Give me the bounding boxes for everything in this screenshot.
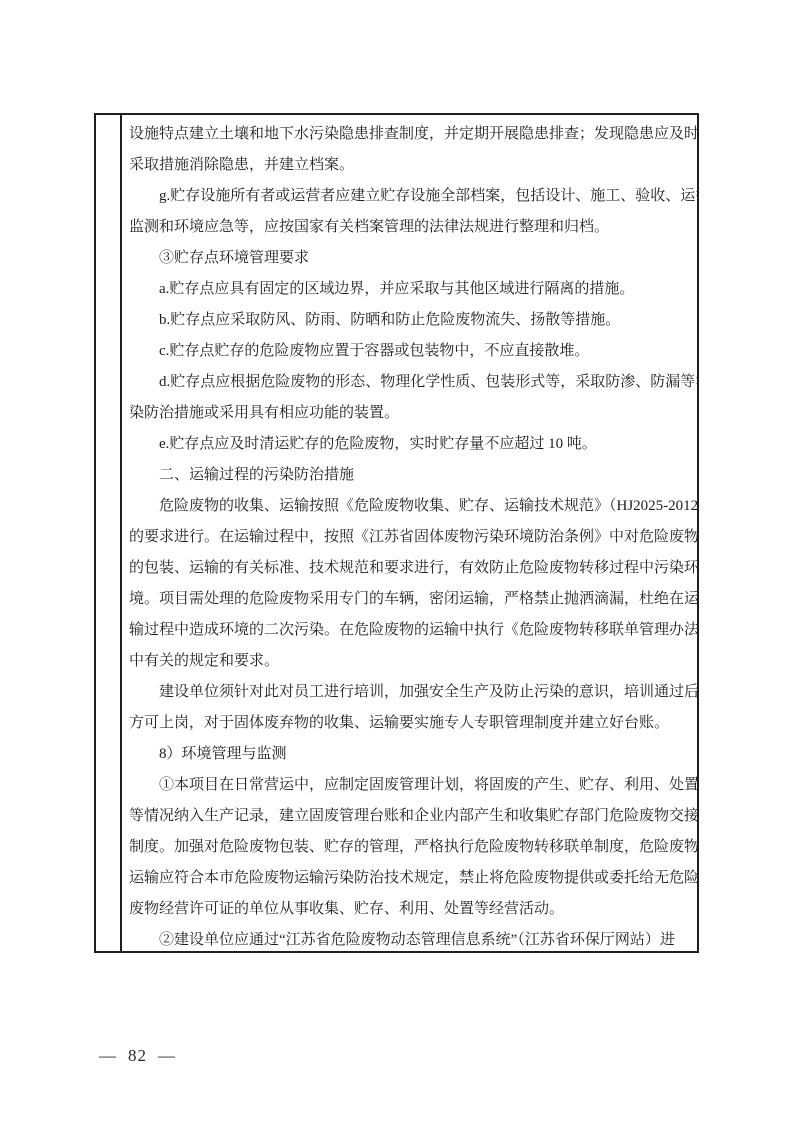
content-table: 设施特点建立土壤和地下水污染隐患排查制度，并定期开展隐患排查；发现隐患应及时采取… — [94, 113, 699, 953]
text-line: 废物经营许可证的单位从事收集、贮存、利用、处置等经营活动。 — [129, 894, 692, 925]
text-line: 8）环境管理与监测 — [129, 739, 692, 770]
text-line: 染防治措施或采用具有相应功能的装置。 — [129, 398, 692, 429]
text-line: 输过程中造成环境的二次污染。在危险废物的运输中执行《危险废物转移联单管理办法》 — [129, 615, 692, 646]
page-footer: — 82 — — [99, 1046, 176, 1066]
text-line: ③贮存点环境管理要求 — [129, 243, 692, 274]
text-line: e.贮存点应及时清运贮存的危险废物，实时贮存量不应超过 10 吨。 — [129, 429, 692, 460]
text-line: 建设单位须针对此对员工进行培训，加强安全生产及防止污染的意识，培训通过后 — [129, 677, 692, 708]
text-line: d.贮存点应根据危险废物的形态、物理化学性质、包装形式等，采取防渗、防漏等污 — [129, 367, 692, 398]
text-line: 的包装、运输的有关标准、技术规范和要求进行，有效防止危险废物转移过程中污染环 — [129, 553, 692, 584]
text-line: 二、运输过程的污染防治措施 — [129, 460, 692, 491]
text-line: 等情况纳入生产记录，建立固废管理台账和企业内部产生和收集贮存部门危险废物交接 — [129, 801, 692, 832]
document-page: 设施特点建立土壤和地下水污染隐患排查制度，并定期开展隐患排查；发现隐患应及时采取… — [0, 0, 793, 1122]
text-line: g.贮存设施所有者或运营者应建立贮存设施全部档案，包括设计、施工、验收、运行、 — [129, 181, 692, 212]
text-line: ②建设单位应通过“江苏省危险废物动态管理信息系统”（江苏省环保厅网站）进 — [129, 925, 692, 951]
table-content-cell: 设施特点建立土壤和地下水污染隐患排查制度，并定期开展隐患排查；发现隐患应及时采取… — [122, 115, 697, 951]
footer-dash-left: — — [99, 1046, 117, 1066]
text-line: 的要求进行。在运输过程中，按照《江苏省固体废物污染环境防治条例》中对危险废物 — [129, 522, 692, 553]
footer-dash-right: — — [158, 1046, 176, 1066]
text-line: c.贮存点贮存的危险废物应置于容器或包装物中，不应直接散堆。 — [129, 336, 692, 367]
text-line: 境。项目需处理的危险废物采用专门的车辆，密闭运输，严格禁止抛洒滴漏，杜绝在运 — [129, 584, 692, 615]
text-line: 制度。加强对危险废物包装、贮存的管理，严格执行危险废物转移联单制度，危险废物 — [129, 832, 692, 863]
text-line: ①本项目在日常营运中，应制定固废管理计划，将固废的产生、贮存、利用、处置 — [129, 770, 692, 801]
text-line: 运输应符合本市危险废物运输污染防治技术规定，禁止将危险废物提供或委托给无危险 — [129, 863, 692, 894]
page-number: 82 — [128, 1046, 147, 1066]
text-line: 监测和环境应急等，应按国家有关档案管理的法律法规进行整理和归档。 — [129, 212, 692, 243]
text-line: 采取措施消除隐患，并建立档案。 — [129, 150, 692, 181]
table-left-cell — [96, 115, 122, 951]
text-line: a.贮存点应具有固定的区域边界，并应采取与其他区域进行隔离的措施。 — [129, 274, 692, 305]
text-line: 方可上岗，对于固体废弃物的收集、运输要实施专人专职管理制度并建立好台账。 — [129, 708, 692, 739]
text-line: b.贮存点应采取防风、防雨、防晒和防止危险废物流失、扬散等措施。 — [129, 305, 692, 336]
text-line: 危险废物的收集、运输按照《危险废物收集、贮存、运输技术规范》（HJ2025-20… — [129, 491, 692, 522]
text-line: 中有关的规定和要求。 — [129, 646, 692, 677]
text-line: 设施特点建立土壤和地下水污染隐患排查制度，并定期开展隐患排查；发现隐患应及时 — [129, 119, 692, 150]
